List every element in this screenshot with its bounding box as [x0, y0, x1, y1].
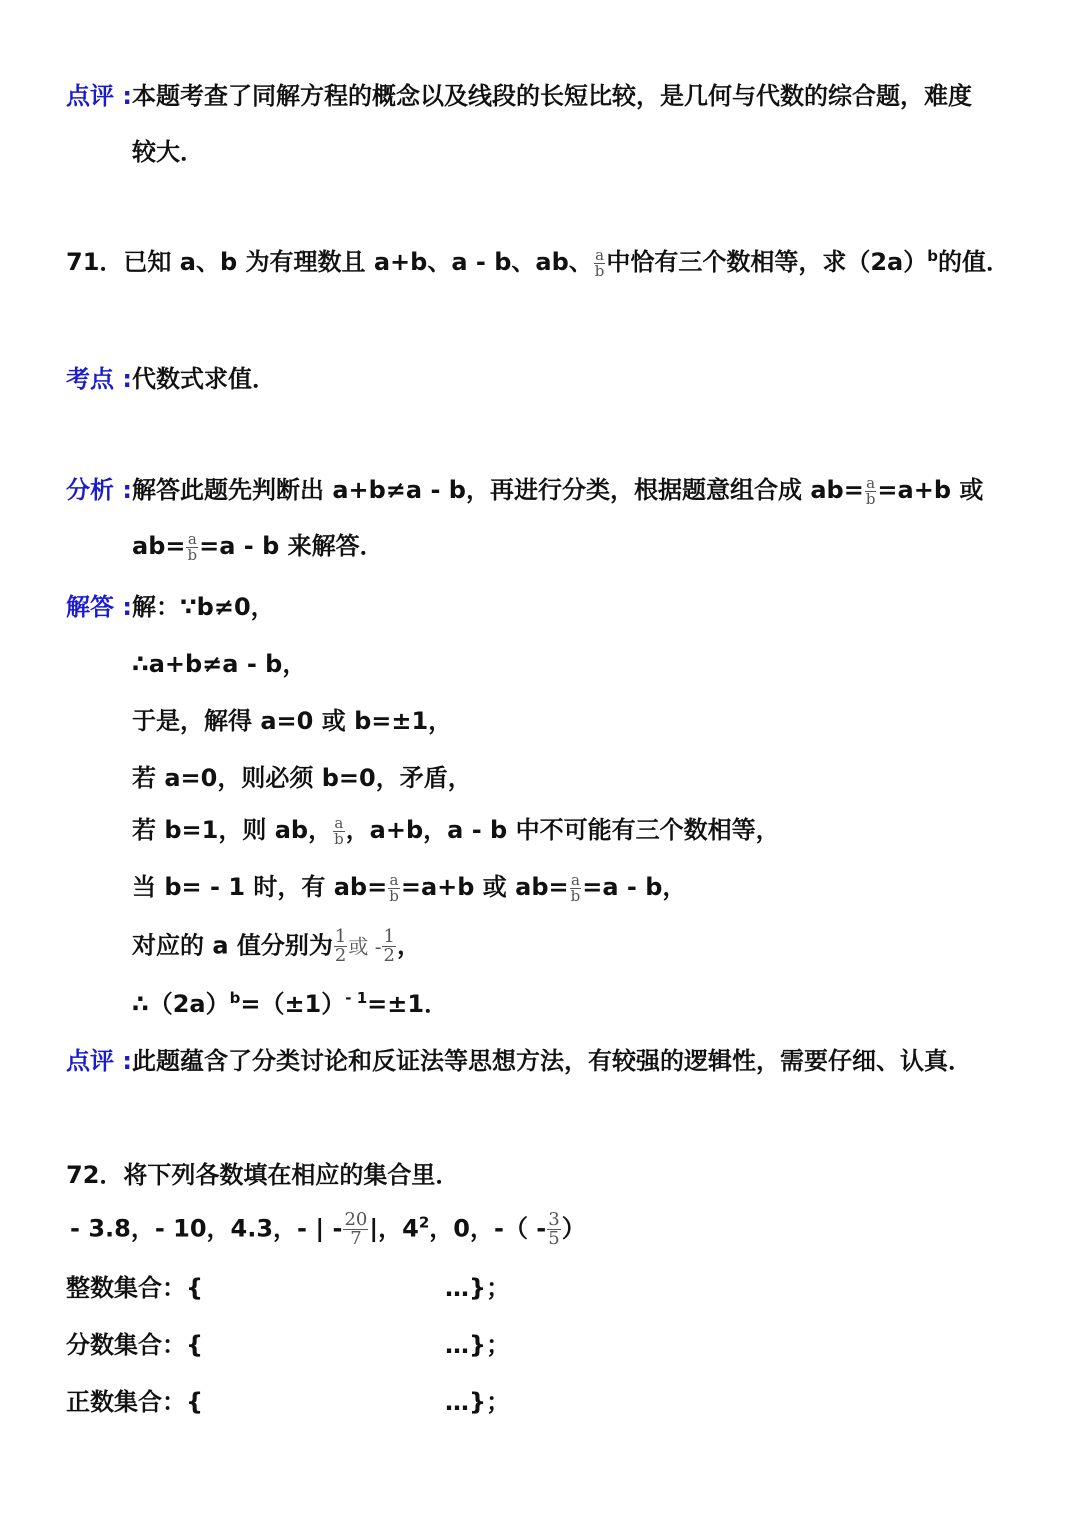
fraction-a-over-b: ab [333, 816, 345, 847]
set-integers: 整数集合：{…}； [66, 1272, 566, 1304]
jieda-line7: 对应的 a 值分别为12或 -12， [132, 928, 421, 965]
jieda-line1: 解答 :解：∵b≠0， [66, 591, 275, 623]
fraction-one-half: 12 [334, 928, 347, 965]
fenxi-line1: 分析 :解答此题先判断出 a+b≠a - b，再进行分类，根据题意组合成 ab=… [66, 474, 983, 507]
dianping-line: 点评 :此题蕴含了分类讨论和反证法等思想方法，有较强的逻辑性，需要仔细、认真． [66, 1045, 972, 1077]
fraction-a-over-b: ab [388, 873, 400, 904]
comment-text: 本题考查了同解方程的概念以及线段的长短比较，是几何与代数的综合题，难度 [132, 82, 972, 110]
jieda-line4: 若 a=0，则必须 b=0，矛盾， [132, 762, 472, 794]
kaodian-line: 考点 :代数式求值． [66, 363, 276, 395]
fraction-a-over-b: ab [570, 873, 582, 904]
fraction-one-half: 12 [382, 928, 395, 965]
fraction-3-over-5: 35 [547, 1211, 560, 1248]
fraction-a-over-b: ab [865, 476, 877, 507]
fraction-20-over-7: 207 [343, 1211, 368, 1248]
question-72-stem: 72．将下列各数填在相应的集合里． [66, 1159, 459, 1191]
set-positives: 正数集合：{…}； [66, 1386, 566, 1418]
kaodian-text: 代数式求值． [132, 365, 276, 393]
jieda-line6: 当 b= - 1 时，有 ab=ab=a+b 或 ab=ab=a - b， [132, 871, 686, 904]
fraction-a-over-b: ab [594, 248, 606, 279]
fenxi-line2: ab=ab=a - b 来解答． [132, 530, 384, 563]
comment-prev-line1: 点评 :本题考查了同解方程的概念以及线段的长短比较，是几何与代数的综合题，难度 [66, 80, 972, 112]
jieda-line3: 于是，解得 a=0 或 b=±1， [132, 705, 452, 737]
jieda-line2: ∴a+b≠a - b， [132, 648, 306, 680]
kaodian-label: 考点 [66, 365, 114, 393]
comment-label: 点评 [66, 82, 114, 110]
fenxi-label: 分析 [66, 476, 114, 504]
jieda-line5: 若 b=1，则 ab，ab，a+b，a - b 中不可能有三个数相等， [132, 814, 780, 847]
dianping-label: 点评 [66, 1047, 114, 1075]
fraction-a-over-b: ab [186, 532, 198, 563]
question-72-numbers: - 3.8，- 10，4.3，- | -207|，42，0，-（ -35） [70, 1211, 586, 1248]
set-fractions: 分数集合：{…}； [66, 1329, 566, 1361]
jieda-label: 解答 [66, 593, 114, 621]
comment-prev-line2: 较大． [132, 136, 204, 168]
question-71-stem: 71．已知 a、b 为有理数且 a+b、a - b、ab、ab中恰有三个数相等，… [66, 246, 1010, 279]
jieda-line8: ∴（2a）b=（±1）- 1=±1． [132, 988, 448, 1020]
